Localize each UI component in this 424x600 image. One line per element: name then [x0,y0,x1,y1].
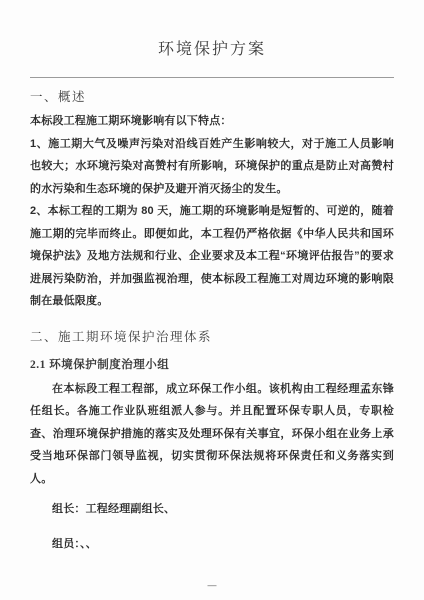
line-group-leader: 组长：工程经理副组长、 [30,498,394,521]
heading-governance-system: 二、施工期环境保护治理体系 [30,329,394,345]
heading-group: 2.1 环境保护制度治理小组 [30,358,394,373]
page-footer-mark: — [30,580,394,590]
title-divider [30,77,394,78]
overview-body: 本标段工程施工期环境影响有以下特点： 1、施工期大气及噪声污染对沿线百姓产生影响… [30,110,394,313]
document-title: 环境保护方案 [30,38,394,62]
line-group-members: 组员：、、 [30,533,394,556]
paragraph-point-2: 2、本标工程的工期为 80 天，施工期的环境影响是短暂的、可逆的，随着施工期的完… [30,200,394,313]
paragraph-group-setup: 在本标段工程工程部，成立环保工作小组。该机构由工程经理孟东锋任组长。各施工作业队… [30,378,394,491]
group-body: 在本标段工程工程部，成立环保工作小组。该机构由工程经理孟东锋任组长。各施工作业队… [30,378,394,556]
paragraph-point-1: 1、施工期大气及噪声污染对沿线百姓产生影响较大，对于施工人员影响也较大；水环境污… [30,133,394,201]
paragraph-intro: 本标段工程施工期环境影响有以下特点： [30,110,394,133]
heading-overview: 一、概述 [30,89,394,105]
document-page: 环境保护方案 一、概述 本标段工程施工期环境影响有以下特点： 1、施工期大气及噪… [0,0,424,600]
